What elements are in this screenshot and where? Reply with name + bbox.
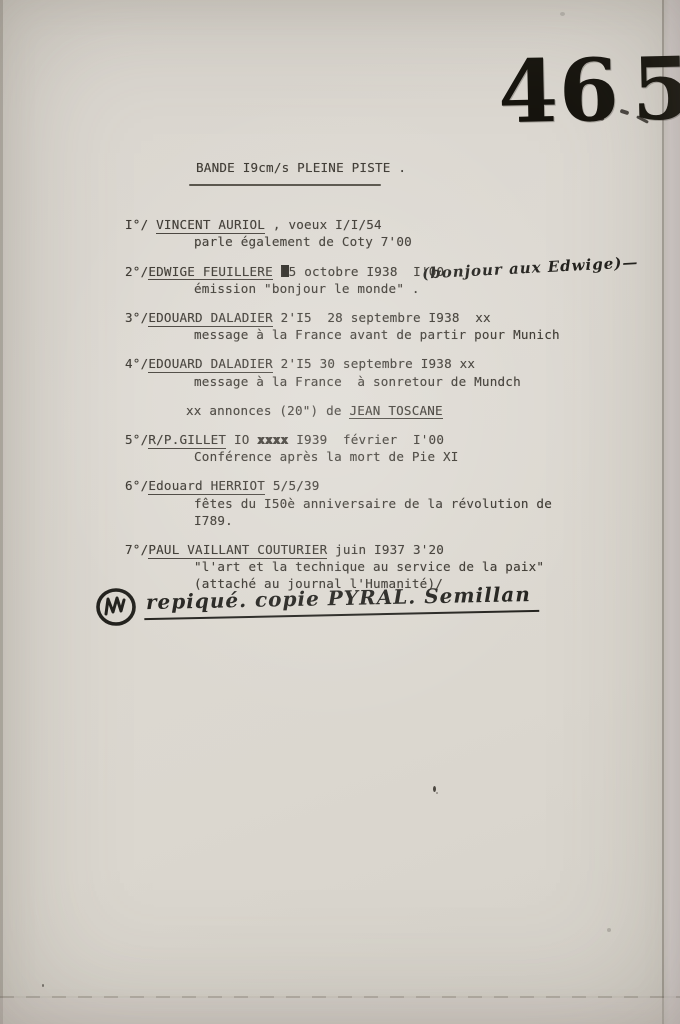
ink-speck	[560, 12, 565, 16]
typed-line: 7°/PAUL VAILLANT COUTURIER juin I937 3'2…	[125, 541, 680, 558]
typed-line: I°/ VINCENT AURIOL , voeux I/I/54	[125, 216, 680, 233]
ink-speck	[42, 984, 44, 987]
text-segment: juin I937 3'20	[327, 542, 444, 557]
text-segment: 5/5/39	[265, 478, 319, 493]
text-segment: fêtes du I50è anniversaire de la révolut…	[194, 496, 552, 511]
handwritten-note-text: repiqué. copie PYRAL. Semillan	[144, 582, 539, 620]
blot-segment: ▎	[281, 265, 289, 277]
underlined-name: EDOUARD DALADIER	[148, 310, 273, 327]
typed-line: message à la France avant de partir pour…	[194, 326, 680, 343]
underlined-name: Edouard HERRIOT	[148, 478, 265, 495]
underlined-name: EDOUARD DALADIER	[148, 356, 273, 373]
ink-speck	[433, 786, 436, 792]
text-segment: 2'I5 30 septembre I938 xx	[273, 356, 475, 371]
text-segment: 5°/	[125, 432, 148, 447]
text-segment: I°/	[125, 217, 156, 232]
text-segment: IO	[226, 432, 257, 447]
typed-line: 3°/EDOUARD DALADIER 2'I5 28 septembre I9…	[125, 309, 680, 326]
list-item: 6°/Edouard HERRIOT 5/5/39fêtes du I50è a…	[0, 477, 680, 529]
typed-line: I789.	[194, 512, 680, 529]
typed-line: 6°/Edouard HERRIOT 5/5/39	[125, 477, 680, 494]
typed-line: 5°/R/P.GILLET IO xxxx I939 février I'00	[125, 431, 680, 448]
scanned-document-photo: 465’ BANDE I9cm/s PLEINE PISTE . I°/ VIN…	[0, 0, 680, 1024]
typed-line: émission "bonjour le monde" .	[194, 280, 680, 297]
monogram-circle-icon	[94, 586, 138, 628]
xover-segment: xxxx	[257, 432, 288, 447]
list-item: I°/ VINCENT AURIOL , voeux I/I/54parle é…	[0, 216, 680, 250]
text-segment: 3°/	[125, 310, 148, 325]
typed-line: message à la France à sonretour de Mundc…	[194, 373, 680, 390]
document-title: BANDE I9cm/s PLEINE PISTE .	[196, 159, 680, 176]
text-segment: I939 février I'00	[288, 432, 444, 447]
text-segment: 4°/	[125, 356, 148, 371]
typed-line: "l'art et la technique au service de la …	[194, 558, 680, 575]
list-item: xx annonces (20") de JEAN TOSCANE	[0, 402, 680, 419]
ink-speck	[436, 792, 438, 794]
text-segment: 2°/	[125, 264, 148, 279]
text-segment: 6°/	[125, 478, 148, 493]
title-underline	[189, 184, 381, 186]
underlined-name: VINCENT AURIOL	[156, 217, 265, 234]
text-segment: Conférence après la mort de Pie XI	[194, 449, 459, 464]
typed-line: xx annonces (20") de JEAN TOSCANE	[186, 402, 680, 419]
text-segment: , voeux I/I/54	[265, 217, 382, 232]
text-segment: message à la France avant de partir pour…	[194, 327, 560, 342]
typed-line: Conférence après la mort de Pie XI	[194, 448, 680, 465]
text-segment: xx annonces (20") de	[186, 403, 349, 418]
list-item: 4°/EDOUARD DALADIER 2'I5 30 septembre I9…	[0, 355, 680, 389]
text-segment: message à la France à sonretour de Mundc…	[194, 374, 521, 389]
typed-line: 4°/EDOUARD DALADIER 2'I5 30 septembre I9…	[125, 355, 680, 372]
text-segment: "l'art et la technique au service de la …	[194, 559, 544, 574]
text-segment: parle également de Coty 7'00	[194, 234, 412, 249]
underlined-name: PAUL VAILLANT COUTURIER	[148, 542, 327, 559]
text-segment: 7°/	[125, 542, 148, 557]
text-segment: I789.	[194, 513, 233, 528]
list-item: 7°/PAUL VAILLANT COUTURIER juin I937 3'2…	[0, 541, 680, 593]
list-item: 5°/R/P.GILLET IO xxxx I939 février I'00C…	[0, 431, 680, 465]
list-item: 3°/EDOUARD DALADIER 2'I5 28 septembre I9…	[0, 309, 680, 343]
ink-speck	[607, 928, 611, 932]
underlined-name: R/P.GILLET	[148, 432, 226, 449]
paper-crease-shadow	[0, 998, 680, 1024]
typed-line: fêtes du I50è anniversaire de la révolut…	[194, 495, 680, 512]
underlined-name: EDWIGE FEUILLERE	[148, 264, 273, 281]
typed-line: parle également de Coty 7'00	[194, 233, 680, 250]
handwritten-bottom-note: repiqué. copie PYRAL. Semillan	[94, 586, 539, 628]
underlined-name: JEAN TOSCANE	[349, 403, 442, 420]
text-segment: émission "bonjour le monde" .	[194, 281, 420, 296]
text-segment	[273, 264, 281, 279]
text-segment: 2'I5 28 septembre I938 xx	[273, 310, 491, 325]
